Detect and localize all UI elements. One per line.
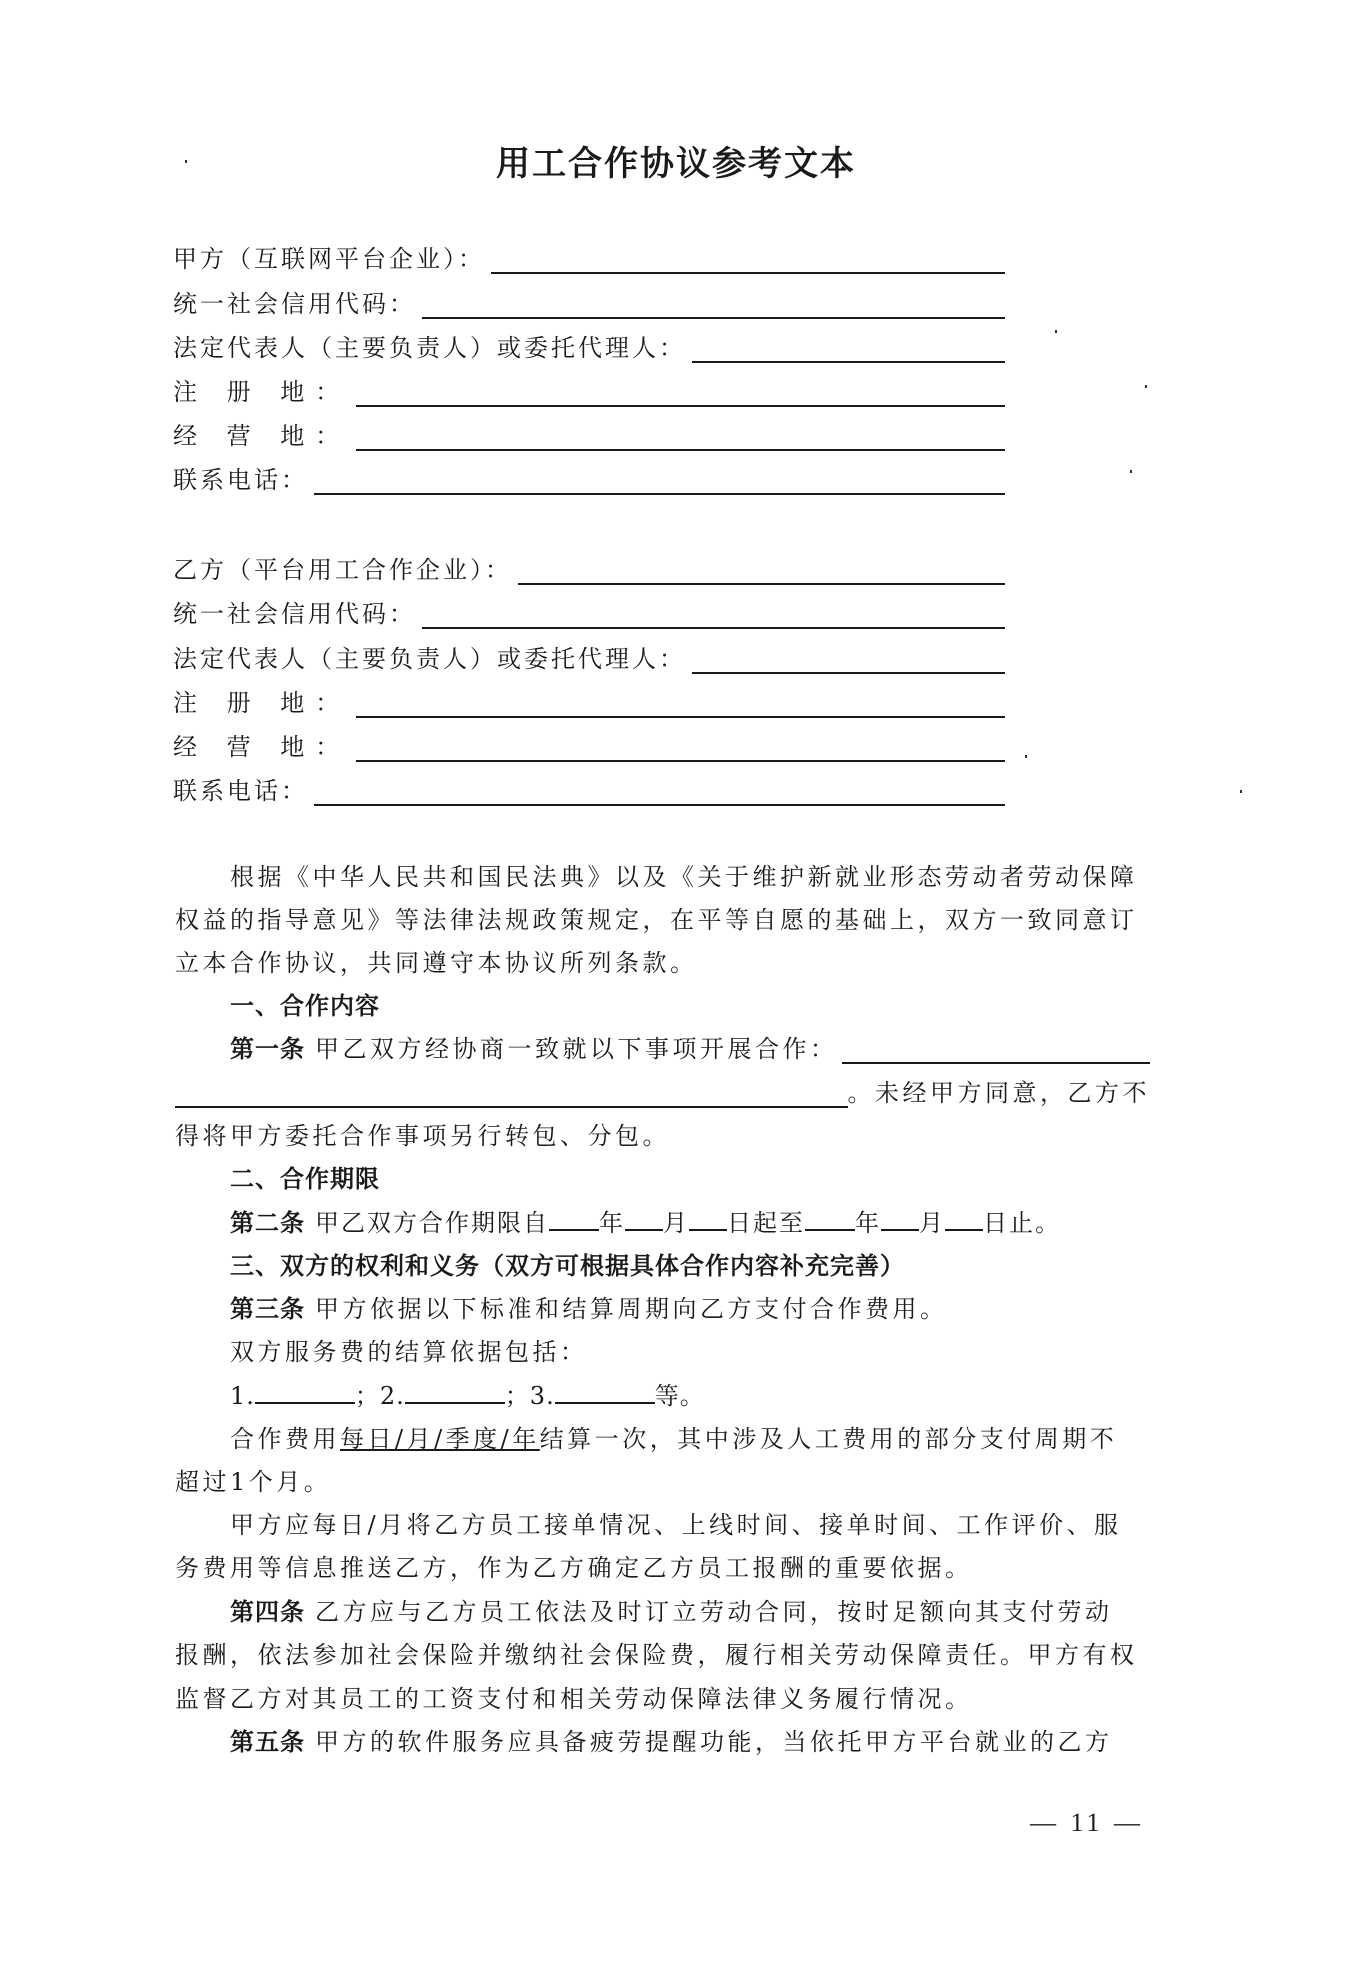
- section-heading-cooperation-period: 二、合作期限: [230, 1164, 1150, 1194]
- article-1-line-2: 。未经甲方同意，乙方不: [175, 1078, 1150, 1108]
- party-b-phone-input[interactable]: [314, 780, 1005, 806]
- preamble-line-1: 根据《中华人民共和国民法典》以及《关于维护新就业形态劳动者劳动保障: [230, 862, 1150, 892]
- field-label: 甲方（互联网平台企业）：: [173, 244, 485, 274]
- party-b-credit-code-input[interactable]: [422, 603, 1005, 629]
- basis-item-3-label: ；3.: [505, 1382, 555, 1410]
- party-b-registered-address-input[interactable]: [356, 692, 1005, 718]
- scan-speck: [1025, 755, 1027, 758]
- article-1-line-2-tail: 。未经甲方同意，乙方不: [848, 1078, 1151, 1108]
- field-label: 乙方（平台用工合作企业）：: [173, 555, 512, 585]
- article-2-line: 第二条甲乙双方合作期限自年月日起至年月日止。: [230, 1207, 1150, 1238]
- cooperation-matters-input[interactable]: [842, 1040, 1151, 1064]
- party-a-business-address-field: 经 营 地：: [173, 421, 1005, 451]
- article-4-line-3: 监督乙方对其员工的工资支付和相关劳动保障法律义务履行情况。: [175, 1684, 1150, 1714]
- cooperation-matters-input-continued[interactable]: [175, 1084, 848, 1108]
- party-a-registered-address-input[interactable]: [356, 381, 1005, 407]
- day-to-label: 日起至: [727, 1209, 805, 1237]
- party-a-name-field: 甲方（互联网平台企业）：: [173, 244, 1005, 274]
- party-a-name-input[interactable]: [491, 248, 1005, 274]
- settlement-cycle-options[interactable]: 每日/月/季度/年: [340, 1425, 540, 1453]
- info-push-line-2: 务费用等信息推送乙方，作为乙方确定乙方员工报酬的重要依据。: [175, 1553, 1150, 1583]
- start-year-input[interactable]: [549, 1207, 599, 1231]
- article-3-label: 第三条: [230, 1295, 305, 1323]
- month-label: 月: [919, 1209, 945, 1237]
- party-a-registered-address-field: 注 册 地：: [173, 377, 1005, 407]
- field-label: 统一社会信用代码：: [173, 599, 416, 629]
- field-label: 统一社会信用代码：: [173, 289, 416, 319]
- article-4-text: 乙方应与乙方员工依法及时订立劳动合同，按时足额向其支付劳动: [315, 1598, 1113, 1626]
- field-label: 法定代表人（主要负责人）或委托代理人：: [173, 333, 686, 363]
- party-b-business-address-input[interactable]: [356, 736, 1005, 762]
- party-b-name-field: 乙方（平台用工合作企业）：: [173, 555, 1005, 585]
- article-2-text: 甲乙双方合作期限自: [315, 1209, 549, 1237]
- day-end-label: 日止。: [983, 1209, 1061, 1237]
- article-1-line-1: 第一条 甲乙双方经协商一致就以下事项开展合作：: [230, 1034, 1150, 1064]
- party-a-phone-input[interactable]: [314, 469, 1005, 495]
- page-title: 用工合作协议参考文本: [0, 136, 1352, 185]
- section-heading-rights-obligations: 三、双方的权利和义务（双方可根据具体合作内容补充完善）: [230, 1251, 1150, 1281]
- start-month-input[interactable]: [625, 1207, 663, 1231]
- end-day-input[interactable]: [945, 1207, 983, 1231]
- article-1-line-3: 得将甲方委托合作事项另行转包、分包。: [175, 1121, 1150, 1151]
- party-a-credit-code-field: 统一社会信用代码：: [173, 289, 1005, 319]
- article-4-line-2: 报酬，依法参加社会保险并缴纳社会保险费，履行相关劳动保障责任。甲方有权: [175, 1640, 1150, 1670]
- basis-item-1-label: 1.: [230, 1382, 255, 1410]
- article-2-label: 第二条: [230, 1209, 305, 1237]
- basis-items-suffix: 等。: [655, 1382, 705, 1410]
- basis-item-2-input[interactable]: [405, 1380, 505, 1404]
- article-3-line: 第三条甲方依据以下标准和结算周期向乙方支付合作费用。: [230, 1294, 1150, 1324]
- start-day-input[interactable]: [689, 1207, 727, 1231]
- settlement-basis-items: 1.；2.；3.等。: [230, 1380, 1150, 1411]
- basis-item-3-input[interactable]: [555, 1380, 655, 1404]
- party-b-business-address-field: 经 营 地：: [173, 732, 1005, 762]
- field-label: 联系电话：: [173, 465, 308, 495]
- basis-item-1-input[interactable]: [255, 1380, 355, 1404]
- scan-speck: [1130, 470, 1132, 473]
- scan-speck: [1145, 385, 1147, 388]
- field-label: 注 册 地：: [173, 688, 350, 718]
- article-5-text: 甲方的软件服务应具备疲劳提醒功能，当依托甲方平台就业的乙方: [315, 1728, 1113, 1756]
- party-b-credit-code-field: 统一社会信用代码：: [173, 599, 1005, 629]
- article-3-text: 甲方依据以下标准和结算周期向乙方支付合作费用。: [315, 1295, 948, 1323]
- article-1-label: 第一条: [230, 1034, 305, 1064]
- party-b-representative-input[interactable]: [692, 648, 1005, 674]
- party-a-representative-field: 法定代表人（主要负责人）或委托代理人：: [173, 333, 1005, 363]
- year-label: 年: [855, 1209, 881, 1237]
- field-label: 联系电话：: [173, 776, 308, 806]
- page-number: — 11 —: [1030, 1808, 1144, 1838]
- info-push-line-1: 甲方应每日/月将乙方员工接单情况、上线时间、接单时间、工作评价、服: [230, 1510, 1150, 1540]
- article-1-text: 甲乙双方经协商一致就以下事项开展合作：: [315, 1034, 838, 1064]
- party-b-registered-address-field: 注 册 地：: [173, 688, 1005, 718]
- party-b-representative-field: 法定代表人（主要负责人）或委托代理人：: [173, 644, 1005, 674]
- cycle-prefix: 合作费用: [230, 1425, 340, 1453]
- scan-speck: [1055, 330, 1057, 333]
- settlement-cycle-line-1: 合作费用每日/月/季度/年结算一次，其中涉及人工费用的部分支付周期不: [230, 1424, 1150, 1454]
- month-label: 月: [663, 1209, 689, 1237]
- end-year-input[interactable]: [805, 1207, 855, 1231]
- article-5-line-1: 第五条甲方的软件服务应具备疲劳提醒功能，当依托甲方平台就业的乙方: [230, 1727, 1150, 1757]
- field-label: 经 营 地：: [173, 732, 350, 762]
- party-a-credit-code-input[interactable]: [422, 293, 1005, 319]
- settlement-cycle-line-2: 超过1个月。: [175, 1467, 1150, 1497]
- party-a-representative-input[interactable]: [692, 337, 1005, 363]
- article-4-label: 第四条: [230, 1598, 305, 1626]
- party-b-phone-field: 联系电话：: [173, 776, 1005, 806]
- settlement-basis-intro: 双方服务费的结算依据包括：: [230, 1337, 1150, 1367]
- scan-speck: [185, 160, 187, 163]
- party-b-name-input[interactable]: [518, 559, 1005, 585]
- article-4-line-1: 第四条乙方应与乙方员工依法及时订立劳动合同，按时足额向其支付劳动: [230, 1597, 1150, 1627]
- cycle-suffix: 结算一次，其中涉及人工费用的部分支付周期不: [540, 1425, 1118, 1453]
- article-5-label: 第五条: [230, 1728, 305, 1756]
- preamble-line-2: 权益的指导意见》等法律法规政策规定，在平等自愿的基础上，双方一致同意订: [175, 905, 1150, 935]
- party-a-business-address-input[interactable]: [356, 425, 1005, 451]
- section-heading-cooperation-content: 一、合作内容: [230, 991, 1150, 1021]
- year-label: 年: [599, 1209, 625, 1237]
- field-label: 注 册 地：: [173, 377, 350, 407]
- field-label: 法定代表人（主要负责人）或委托代理人：: [173, 644, 686, 674]
- basis-item-2-label: ；2.: [355, 1382, 405, 1410]
- end-month-input[interactable]: [881, 1207, 919, 1231]
- field-label: 经 营 地：: [173, 421, 350, 451]
- party-a-phone-field: 联系电话：: [173, 465, 1005, 495]
- scan-speck: [1240, 790, 1242, 793]
- preamble-line-3: 立本合作协议，共同遵守本协议所列条款。: [175, 948, 1150, 978]
